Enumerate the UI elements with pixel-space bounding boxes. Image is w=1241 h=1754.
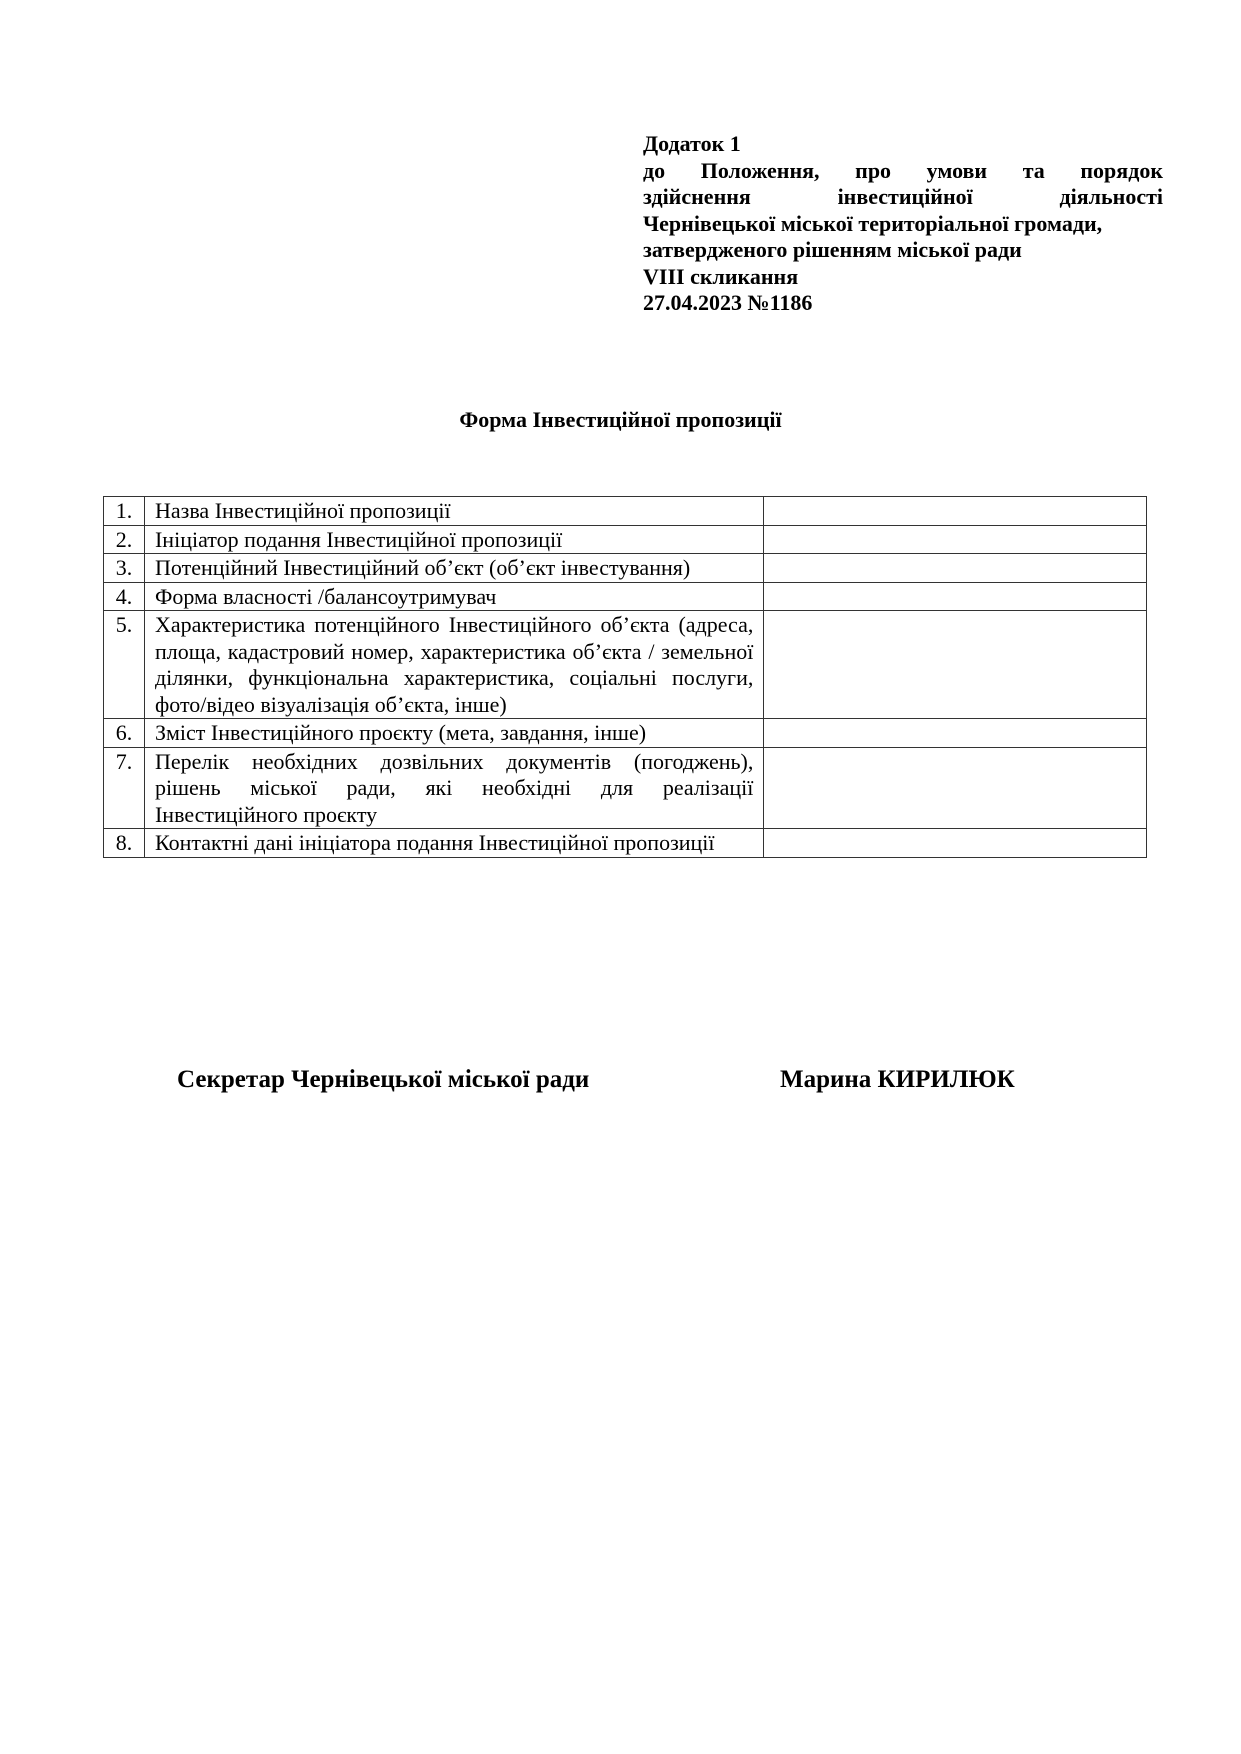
row-number: 3. — [104, 554, 145, 583]
row-label: Назва Інвестиційної пропозиції — [144, 497, 763, 526]
row-number: 8. — [104, 829, 145, 858]
appendix-line: затвердженого рішенням міської ради — [643, 237, 1163, 264]
row-number: 4. — [104, 582, 145, 611]
table-row: 1. Назва Інвестиційної пропозиції — [104, 497, 1147, 526]
row-number: 5. — [104, 611, 145, 719]
signatory-position: Секретар Чернівецької міської ради — [177, 1066, 589, 1094]
row-value — [764, 554, 1147, 583]
row-label: Ініціатор подання Інвестиційної пропозиц… — [144, 525, 763, 554]
table-row: 7. Перелік необхідних дозвільних докумен… — [104, 747, 1147, 829]
document-title: Форма Інвестиційної пропозиції — [0, 407, 1241, 433]
row-value — [764, 611, 1147, 719]
appendix-line: Чернівецької міської територіальної гром… — [643, 211, 1163, 238]
table-row: 2. Ініціатор подання Інвестиційної пропо… — [104, 525, 1147, 554]
row-label: Характеристика потенційного Інвестиційно… — [144, 611, 763, 719]
row-label: Перелік необхідних дозвільних документів… — [144, 747, 763, 829]
table-row: 3. Потенційний Інвестиційний об’єкт (об’… — [104, 554, 1147, 583]
row-value — [764, 719, 1147, 748]
appendix-line: здійснення інвестиційної діяльності — [643, 184, 1163, 211]
row-value — [764, 497, 1147, 526]
appendix-line: Додаток 1 — [643, 131, 1163, 158]
appendix-line: 27.04.2023 №1186 — [643, 290, 1163, 317]
row-number: 2. — [104, 525, 145, 554]
row-label: Контактні дані ініціатора подання Інвест… — [144, 829, 763, 858]
row-number: 7. — [104, 747, 145, 829]
appendix-header: Додаток 1 до Положення, про умови та пор… — [643, 131, 1163, 317]
table-row: 4. Форма власності /балансоутримувач — [104, 582, 1147, 611]
appendix-line: VIII скликання — [643, 264, 1163, 291]
table-row: 5. Характеристика потенційного Інвестиці… — [104, 611, 1147, 719]
table-row: 8. Контактні дані ініціатора подання Інв… — [104, 829, 1147, 858]
row-label: Потенційний Інвестиційний об’єкт (об’єкт… — [144, 554, 763, 583]
table-row: 6. Зміст Інвестиційного проєкту (мета, з… — [104, 719, 1147, 748]
appendix-line: до Положення, про умови та порядок — [643, 158, 1163, 185]
row-value — [764, 747, 1147, 829]
row-number: 6. — [104, 719, 145, 748]
row-value — [764, 525, 1147, 554]
row-value — [764, 829, 1147, 858]
row-label: Зміст Інвестиційного проєкту (мета, завд… — [144, 719, 763, 748]
row-value — [764, 582, 1147, 611]
row-number: 1. — [104, 497, 145, 526]
investment-proposal-table: 1. Назва Інвестиційної пропозиції 2. Іні… — [103, 496, 1147, 858]
row-label: Форма власності /балансоутримувач — [144, 582, 763, 611]
signatory-name: Марина КИРИЛЮК — [780, 1066, 1015, 1094]
